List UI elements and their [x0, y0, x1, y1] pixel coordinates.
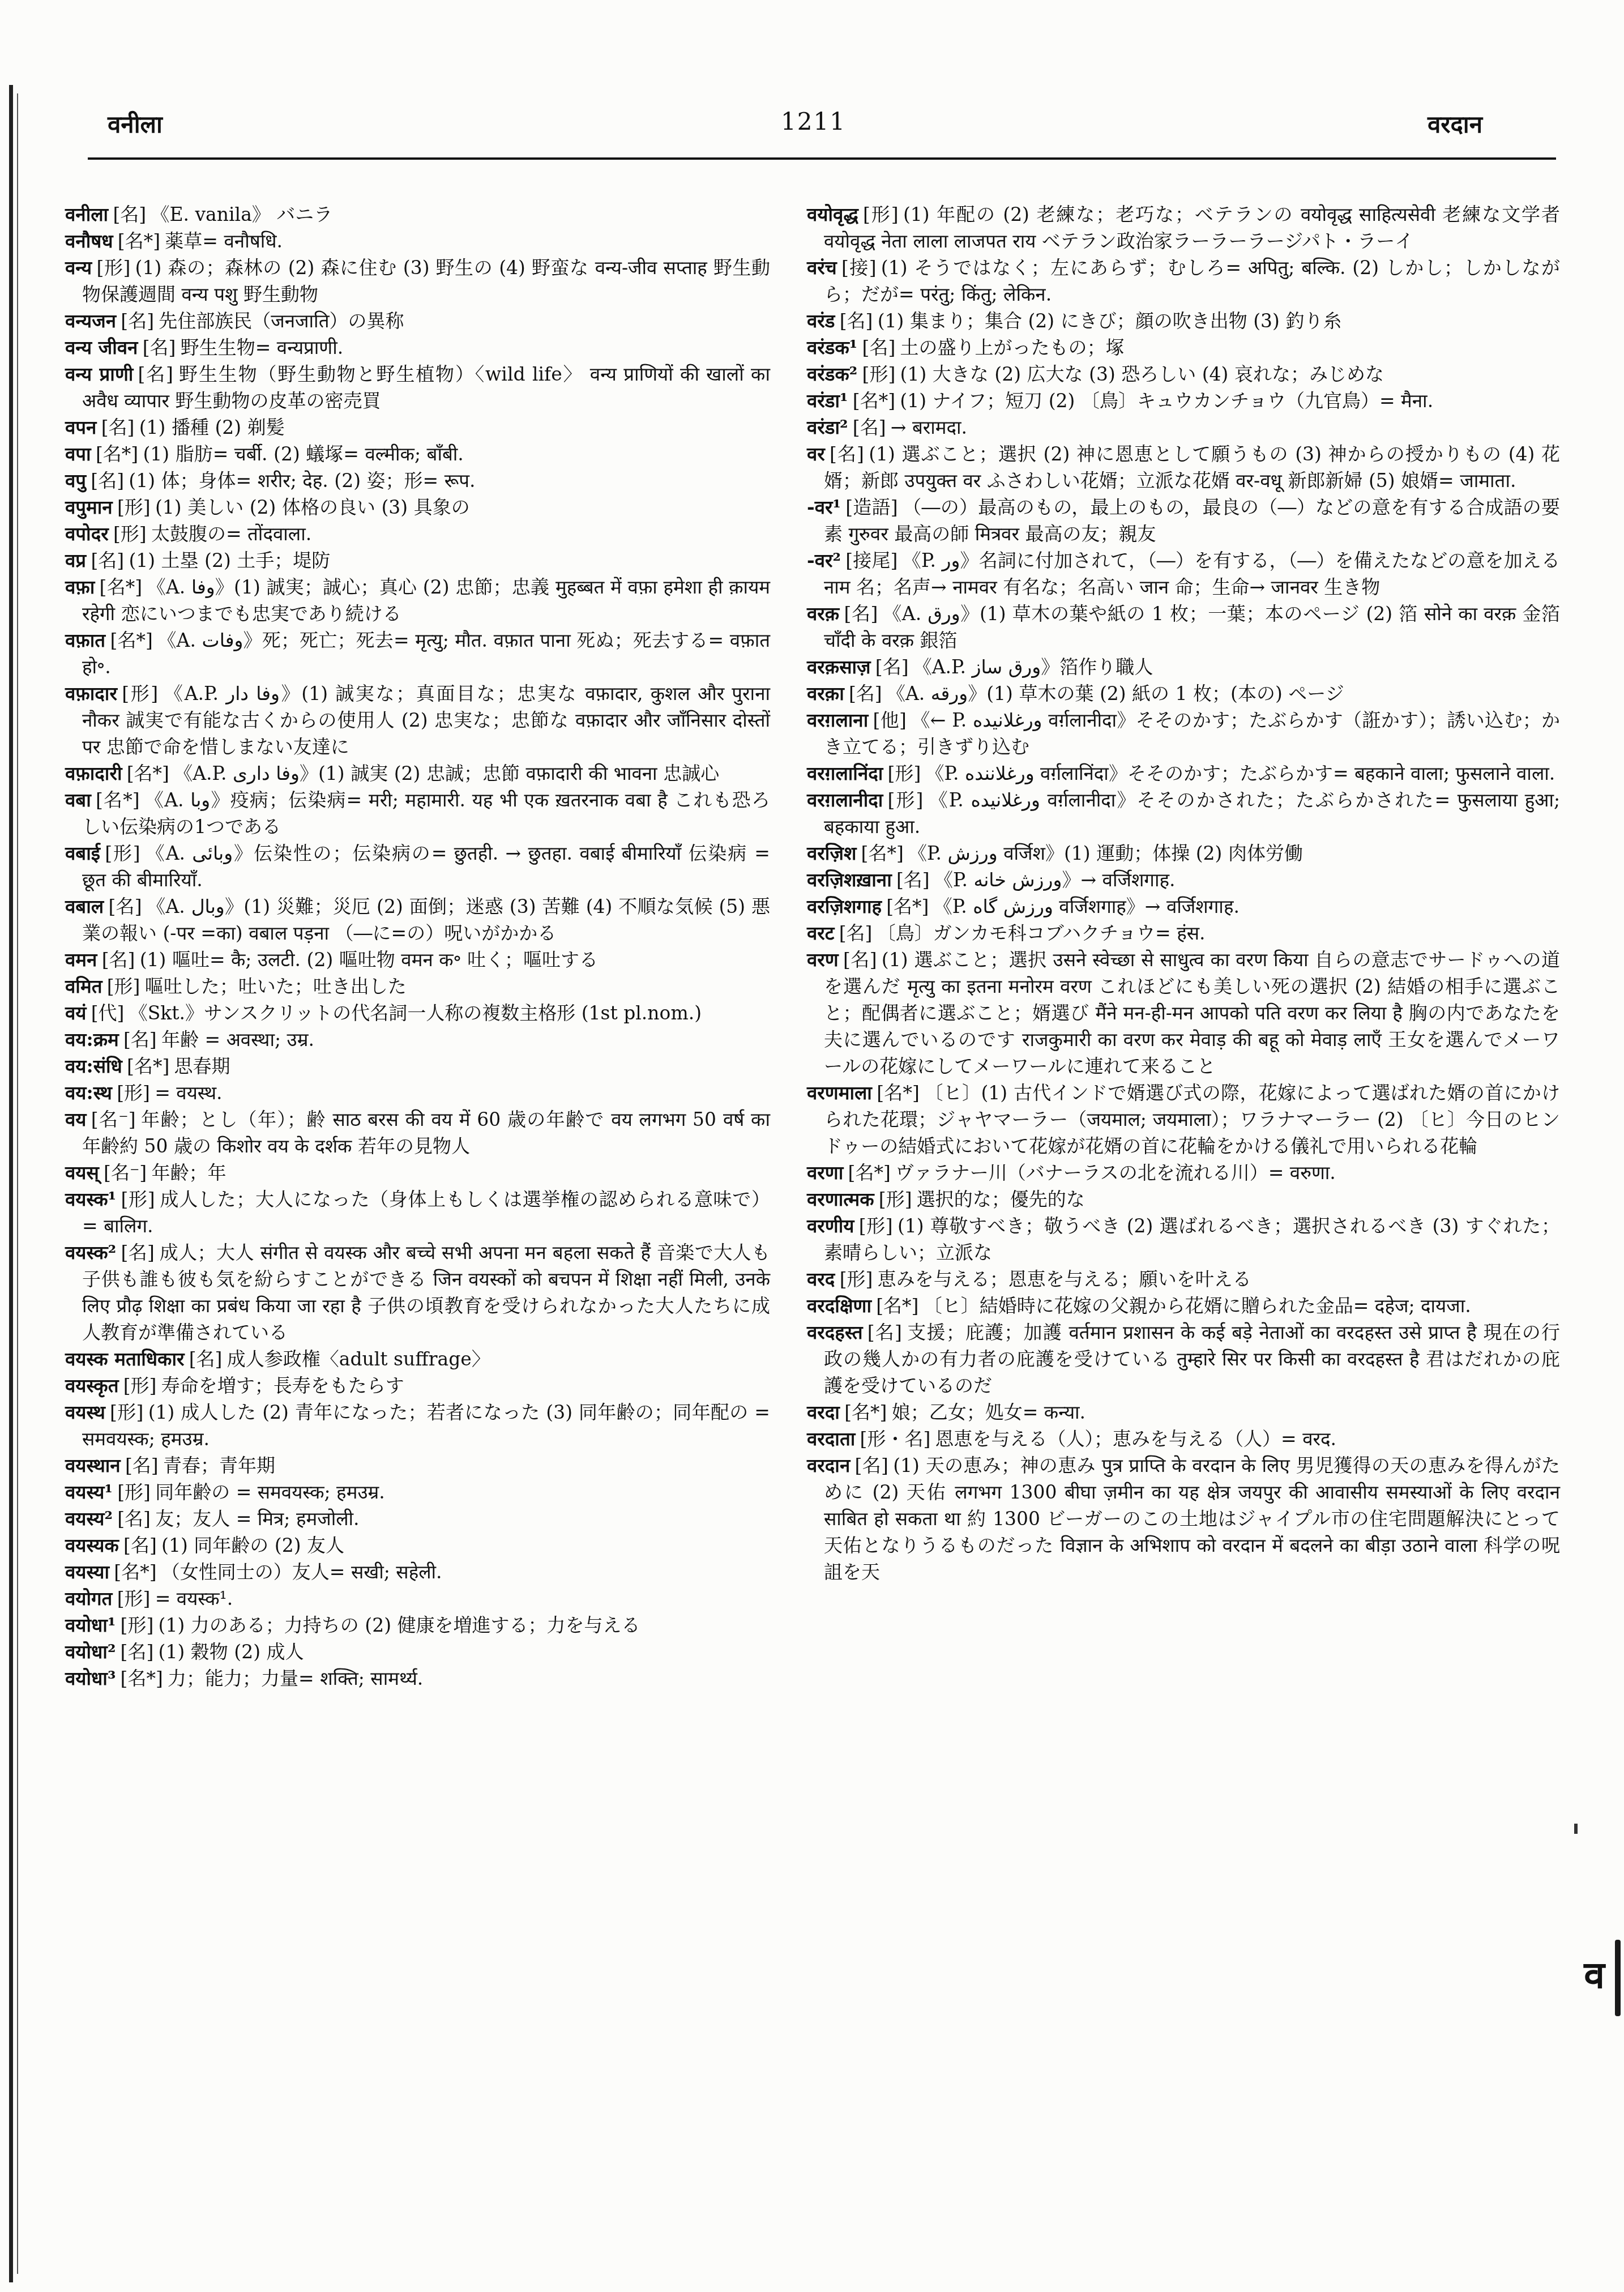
entry-pos-tag: [造語]: [845, 496, 898, 518]
dictionary-entry: वफ़ादारी [名*] 《A.P. وفا داری》(1) 誠実 (2) …: [65, 760, 770, 787]
entry-body: 支援；庇護；加護 वर्तमान प्रशासन के कई बड़े नेता…: [824, 1321, 1560, 1397]
entry-headword: वपु: [65, 470, 86, 492]
entry-headword: वरंच: [807, 257, 837, 279]
entry-body: 野生生物= वन्यप्राणी.: [181, 336, 344, 358]
entry-body: 土の盛り上がったもの；塚: [900, 336, 1125, 358]
entry-body: 成人；大人 संगीत से वयस्क और बच्चे सभी अपना म…: [82, 1241, 770, 1343]
dictionary-entry: वपन [名] (1) 播種 (2) 剃髪: [65, 414, 770, 441]
entry-headword: वफ़ा: [65, 576, 95, 598]
entry-pos-tag: [名]: [843, 949, 877, 971]
dictionary-entry: वन्य जीवन [名] 野生生物= वन्यप्राणी.: [65, 334, 770, 361]
dictionary-entry: वरज़िश [名*] 《P. ورزش वर्जिश》(1) 運動；体操 (2…: [807, 840, 1560, 867]
dictionary-entry: वयस्क मताधिकार [名] 成人参政権〈adult suffrage〉: [65, 1346, 770, 1372]
entry-headword: वयोगत: [65, 1587, 112, 1610]
entry-pos-tag: [形]: [113, 523, 147, 545]
entry-body: 《A.P. وفا دار》(1) 誠実な；真面目な；忠実な वफ़ादार, …: [82, 682, 770, 758]
entry-pos-tag: [名]: [91, 549, 124, 571]
entry-headword: वरदान: [807, 1454, 850, 1476]
entry-body: (1) 同年齢の (2) 友人: [161, 1534, 344, 1556]
entry-pos-tag: [形]: [117, 496, 151, 518]
entry-headword: वरणात्मक: [807, 1188, 874, 1210]
entry-headword: वयस्थ: [65, 1401, 105, 1423]
entry-body: 同年齢の = समवयस्क; हमउम्र.: [155, 1481, 385, 1503]
dictionary-entry: वयोधा¹ [形] (1) 力のある；力持ちの (2) 健康を増進する；力を与…: [65, 1612, 770, 1638]
entry-headword: वमित: [65, 975, 102, 997]
right-column: वयोवृद्ध [形] (1) 年配の (2) 老練な；老巧な；ベテランの व…: [807, 201, 1560, 1585]
entry-headword: वर: [807, 443, 825, 465]
entry-pos-tag: [形]: [888, 762, 921, 784]
dictionary-entry: वरग़लाना [他] 《← P. ورغلانیده वर्ग़लानीदा…: [807, 707, 1560, 760]
entry-body: 《A.P. ورق ساز》箔作り職人: [913, 656, 1153, 678]
dictionary-entry: वबा [名*] 《A. وبا》疫病；伝染病= मरी; महामारी. य…: [65, 787, 770, 840]
entry-headword: वयस्य¹: [65, 1481, 113, 1503]
entry-headword: वयोधा¹: [65, 1614, 116, 1636]
entry-body: 《P. ورغلانیده वर्ग़लानीदा》そそのかされた；たぶらかされ…: [824, 789, 1560, 838]
entry-pos-tag: [形・名]: [860, 1428, 931, 1450]
scan-edge-line-thin: [17, 93, 18, 2274]
entry-body: (1) 森の；森林の (2) 森に住む (3) 野生の (4) 野蛮な वन्य…: [82, 257, 770, 305]
dictionary-entry: वपोदर [形] 太鼓腹の= तोंदवाला.: [65, 520, 770, 547]
margin-thumb-tab: व: [1584, 1948, 1605, 1999]
entry-headword: वन्य जीवन: [65, 336, 138, 358]
dictionary-entry: वरज़िशगाह [名*] 《P. ورزش گاه वर्जिशगाह》→ …: [807, 893, 1560, 920]
entry-body: = वयस्क¹.: [155, 1587, 233, 1610]
entry-headword: वप्र: [65, 549, 86, 571]
entry-headword: वरदक्षिणा: [807, 1295, 871, 1317]
dictionary-entry: वयं [代] 《Skt.》サンスクリットの代名詞一人称の複数主格形 (1st …: [65, 1000, 770, 1026]
entry-pos-tag: [形]: [117, 1082, 150, 1104]
dictionary-entry: वबाल [名] 《A. وبال》(1) 災難；災厄 (2) 面倒；迷惑 (3…: [65, 893, 770, 946]
entry-pos-tag: [名*]: [886, 895, 929, 917]
dictionary-entry: वरंडा² [名] → बरामदा.: [807, 414, 1560, 441]
dictionary-entry: वप्र [名] (1) 土塁 (2) 土手；堤防: [65, 547, 770, 574]
entry-body: 《A. وبائی》伝染性の；伝染病の= छुतही. → छुतहा. वबा…: [82, 842, 770, 891]
entry-body: 成人した；大人になった（身体上もしくは選挙権の認められる意味で）= बालिग.: [82, 1188, 770, 1237]
entry-body: 寿命を増す；長寿をもたらす: [161, 1375, 404, 1397]
header-rule: [88, 157, 1556, 160]
entry-body: 力；能力；力量= शक्ति; सामर्थ्य.: [168, 1667, 423, 1689]
dictionary-entry: वरंडक² [形] (1) 大きな (2) 広大な (3) 恐ろしい (4) …: [807, 361, 1560, 387]
dictionary-entry: वरणात्मक [形] 選択的な；優先的な: [807, 1186, 1560, 1213]
entry-pos-tag: [名⁻]: [91, 1108, 136, 1130]
entry-pos-tag: [形]: [122, 682, 158, 705]
entry-body: 《E. vanila》 バニラ: [151, 203, 332, 225]
entry-body: 思春期: [174, 1055, 230, 1077]
entry-pos-tag: [名]: [123, 1534, 157, 1556]
dictionary-entry: वयस् [名⁻] 年齢；年: [65, 1159, 770, 1186]
dictionary-entry: वय:संधि [名*] 思春期: [65, 1053, 770, 1079]
entry-pos-tag: [名]: [853, 416, 886, 438]
entry-pos-tag: [名]: [189, 1348, 223, 1370]
entry-pos-tag: [形]: [121, 1188, 155, 1210]
dictionary-entry: वफ़ादार [形] 《A.P. وفا دار》(1) 誠実な；真面目な；忠…: [65, 680, 770, 760]
entry-body: 《A. ورقه》(1) 草木の葉 (2) 紙の 1 枚；(本の) ページ: [887, 682, 1344, 705]
entry-body: 〔鳥〕ガンカモ科コブハクチョウ= हंस.: [877, 922, 1206, 944]
entry-pos-tag: [形]: [862, 363, 896, 385]
entry-pos-tag: [名]: [830, 443, 864, 465]
dictionary-entry: वपु [名] (1) 体；身体= शरीर; देह. (2) 姿；形= रू…: [65, 467, 770, 494]
entry-headword: वपन: [65, 416, 96, 438]
entry-body: 《A. وبا》疫病；伝染病= मरी; महामारी. यह भी एक ख…: [82, 789, 770, 838]
dictionary-entry: वयस्य¹ [形] 同年齢の = समवयस्क; हमउम्र.: [65, 1479, 770, 1505]
entry-headword: वय:क्रम: [65, 1028, 119, 1051]
entry-body: 〔ヒ〕(1) 古代インドで婿選び式の際，花嫁によって選ばれた婿の首にかけられた花…: [824, 1082, 1560, 1157]
entry-headword: वरंडा²: [807, 416, 848, 438]
entry-headword: वन्य: [65, 257, 92, 279]
entry-body: (1) 穀物 (2) 成人: [159, 1641, 304, 1663]
page-header: वनीला 1211 वरदान: [65, 108, 1562, 147]
entry-headword: वरक़साज़: [807, 656, 871, 678]
entry-body: 《P. ورزش خانه》→ वर्जिशगाह.: [934, 869, 1176, 891]
entry-headword: वरणीय: [807, 1215, 854, 1237]
dictionary-entry: वयोवृद्ध [形] (1) 年配の (2) 老練な；老巧な；ベテランの व…: [807, 201, 1560, 254]
entry-headword: वरग़लाना: [807, 709, 868, 731]
dictionary-entry: वपा [名*] (1) 脂肪= चर्बी. (2) 蟻塚= वल्मीक; …: [65, 441, 770, 467]
dictionary-entry: वरक़ा [名] 《A. ورقه》(1) 草木の葉 (2) 紙の 1 枚；(…: [807, 680, 1560, 707]
dictionary-entry: वरज़िशख़ाना [名] 《P. ورزش خانه》→ वर्जिशगा…: [807, 867, 1560, 893]
dictionary-entry: वरंडक¹ [名] 土の盛り上がったもの；塚: [807, 334, 1560, 361]
entry-body: 年齢；年: [151, 1162, 226, 1184]
entry-body: 友；友人 = मित्र; हमजोली.: [155, 1508, 359, 1530]
entry-body: 年齢；とし（年）；齢 साठ बरस की वय में 60 歳の年齢で वय…: [82, 1108, 770, 1157]
entry-body: 年齢 = अवस्था; उम्र.: [161, 1028, 314, 1051]
entry-headword: -वर²: [807, 549, 841, 571]
entry-pos-tag: [名]: [844, 603, 878, 625]
entry-headword: वरंडक²: [807, 363, 857, 385]
dictionary-entry: वफ़ा [名*] 《A. وفا》(1) 誠実；誠心；真心 (2) 忠節；忠義…: [65, 574, 770, 627]
entry-body: 《P. ورزش گاه वर्जिशगाह》→ वर्जिशगाह.: [934, 895, 1240, 917]
entry-headword: वरद: [807, 1268, 835, 1290]
entry-headword: वपा: [65, 443, 91, 465]
entry-headword: वयस्य²: [65, 1508, 113, 1530]
dictionary-entry: वरंच [接] (1) そうではなく；左にあらず；むしろ= अपितु; बल…: [807, 254, 1560, 308]
entry-headword: वपोदर: [65, 523, 109, 545]
entry-body: 《A.P. وفا داری》(1) 誠実 (2) 忠誠；忠節 वफ़ादारी…: [174, 762, 719, 784]
entry-pos-tag: [形]: [121, 1614, 154, 1636]
dictionary-entry: वरंड [名] (1) 集まり；集合 (2) にきび；顔の吹き出物 (3) 釣…: [807, 308, 1560, 334]
scan-speck: [1574, 1824, 1578, 1834]
entry-pos-tag: [形]: [107, 975, 140, 997]
entry-body: (1) 集まり；集合 (2) にきび；顔の吹き出物 (3) 釣り糸: [878, 310, 1342, 332]
dictionary-entry: वयस्थ [形] (1) 成人した (2) 青年になった；若者になった (3)…: [65, 1399, 770, 1452]
entry-pos-tag: [名*]: [110, 629, 153, 651]
entry-pos-tag: [名*]: [96, 789, 140, 811]
entry-pos-tag: [名*]: [100, 576, 143, 598]
entry-headword: वरज़िश: [807, 842, 856, 864]
entry-pos-tag: [名]: [840, 310, 873, 332]
dictionary-entry: वरंडा¹ [名*] (1) ナイフ；短刀 (2) 〔鳥〕キュウカンチョウ（九…: [807, 387, 1560, 414]
entry-headword: वय:संधि: [65, 1055, 122, 1077]
dictionary-entry: -वर² [接尾] 《P. ور》名詞に付加されて，（―）を有する，（―）を備え…: [807, 547, 1560, 600]
dictionary-entry: वयस्या [名*] （女性同士の）友人= सखी; सहेली.: [65, 1559, 770, 1585]
entry-pos-tag: [形]: [117, 1587, 151, 1610]
entry-body: (1) 大きな (2) 広大な (3) 恐ろしい (4) 哀れな；みじめな: [900, 363, 1384, 385]
entry-pos-tag: [接]: [841, 257, 877, 279]
entry-headword: वरज़िशख़ाना: [807, 869, 892, 891]
entry-headword: वरंड: [807, 310, 835, 332]
entry-body: (1) 年配の (2) 老練な；老巧な；ベテランの वयोवृद्ध साहित…: [824, 203, 1560, 252]
dictionary-entry: वरदाता [形・名] 恩恵を与える（人）；恵みを与える（人）= वरद.: [807, 1425, 1560, 1452]
entry-body: 《P. ورغلاننده वर्ग़लानिंदा》そそのかす；たぶらかす= …: [926, 762, 1555, 784]
entry-headword: वयस्कृत: [65, 1375, 118, 1397]
entry-pos-tag: [名*]: [844, 1401, 887, 1423]
dictionary-entry: वरदान [名] (1) 天の恵み；神の恵み पुत्र प्राप्ति क…: [807, 1452, 1560, 1585]
entry-pos-tag: [名]: [143, 336, 176, 358]
entry-body: 青春；青年期: [163, 1454, 275, 1476]
entry-body: （―の）最高のもの，最上のもの，最良の（―）などの意を有する合成語の要素 गुर…: [824, 496, 1560, 545]
entry-pos-tag: [代]: [91, 1002, 125, 1024]
dictionary-entry: वरक़ [名] 《A. ورق》(1) 草木の葉や紙の 1 枚；一葉；本のペー…: [807, 600, 1560, 654]
entry-headword: वरणमाला: [807, 1082, 872, 1104]
scan-edge-line: [9, 85, 13, 2282]
entry-pos-tag: [名]: [102, 949, 135, 971]
dictionary-entry: वमन [名] (1) 嘔吐= कै; उलटी. (2) 嘔吐物 वमन क॰…: [65, 946, 770, 973]
dictionary-entry: वरदा [名*] 娘；乙女；処女= कन्या.: [807, 1399, 1560, 1425]
entry-pos-tag: [名]: [121, 310, 154, 332]
entry-pos-tag: [名*]: [876, 1295, 918, 1317]
entry-headword: वयस्थान: [65, 1454, 121, 1476]
entry-headword: वरट: [807, 922, 834, 944]
entry-body: ヴァラナー川（バナーラスの北を流れる川）= वरुणा.: [895, 1162, 1336, 1184]
dictionary-entry: वय:क्रम [名] 年齢 = अवस्था; उम्र.: [65, 1026, 770, 1053]
entry-pos-tag: [名]: [108, 895, 142, 917]
dictionary-entry: वयस्य² [名] 友；友人 = मित्र; हमजोली.: [65, 1505, 770, 1532]
entry-body: (1) 力のある；力持ちの (2) 健康を増進する；力を与える: [159, 1614, 640, 1636]
entry-headword: वयं: [65, 1002, 87, 1024]
entry-pos-tag: [名]: [849, 682, 882, 705]
entry-body: (1) 土塁 (2) 土手；堤防: [129, 549, 330, 571]
entry-headword: वयस्क²: [65, 1241, 116, 1264]
entry-headword: वयोधा³: [65, 1667, 116, 1689]
entry-pos-tag: [形]: [105, 842, 140, 864]
entry-pos-tag: [形]: [840, 1268, 873, 1290]
dictionary-entry: वरट [名] 〔鳥〕ガンカモ科コブハクチョウ= हंस.: [807, 920, 1560, 946]
entry-pos-tag: [名]: [91, 470, 124, 492]
dictionary-entry: वपुमान [形] (1) 美しい (2) 体格の良い (3) 具象の: [65, 494, 770, 520]
entry-headword: वयस्: [65, 1162, 99, 1184]
entry-pos-tag: [名*]: [96, 443, 138, 465]
entry-headword: वरग़लानीदा: [807, 789, 883, 811]
entry-headword: वन्य प्राणी: [65, 363, 133, 385]
entry-pos-tag: [名]: [113, 203, 146, 225]
dictionary-entry: -वर¹ [造語] （―の）最高のもの，最上のもの，最良の（―）などの意を有する…: [807, 494, 1560, 547]
entry-pos-tag: [名]: [117, 1508, 151, 1530]
entry-pos-tag: [名]: [121, 1641, 154, 1663]
entry-body: (1) 選ぶこと；選択 उसने स्वेच्छा से साधुत्व का …: [824, 949, 1560, 1077]
dictionary-entry: वर [名] (1) 選ぶこと；選択 (2) 神に恩恵として願うもの (3) 神…: [807, 441, 1560, 494]
entry-body: 《P. ور》名詞に付加されて，（―）を有する，（―）を備えたなどの意を加える …: [824, 549, 1560, 598]
entry-headword: वय: [65, 1108, 87, 1130]
entry-body: 娘；乙女；処女= कन्या.: [892, 1401, 1085, 1423]
dictionary-entry: वरद [形] 恵みを与える；恩恵を与える；願いを叶える: [807, 1266, 1560, 1292]
entry-pos-tag: [形]: [863, 203, 899, 225]
entry-body: 野生生物（野生動物と野生植物）〈wild life〉 वन्य प्राणियो…: [82, 363, 770, 412]
entry-body: 《P. ورزش वर्जिश》(1) 運動；体操 (2) 肉体労働: [908, 842, 1303, 864]
entry-headword: वयस्यक: [65, 1534, 119, 1556]
entry-headword: वरक़: [807, 603, 839, 625]
entry-body: (1) 尊敬すべき；敬うべき (2) 選ばれるべき；選択されるべき (3) すぐ…: [824, 1215, 1560, 1264]
entry-body: 薬草= वनौषधि.: [165, 230, 283, 252]
dictionary-entry: वय:स्थ [形] = वयस्थ.: [65, 1079, 770, 1106]
entry-body: = वयस्थ.: [155, 1082, 222, 1104]
dictionary-entry: वरणमाला [名*] 〔ヒ〕(1) 古代インドで婿選び式の際，花嫁によって選…: [807, 1079, 1560, 1159]
page-number: 1211: [65, 108, 1562, 135]
dictionary-entry: वफ़ात [名*] 《A. وفات》死；死亡；死去= मृत्यु; मौत…: [65, 627, 770, 680]
dictionary-entry: वयस्यक [名] (1) 同年齢の (2) 友人: [65, 1532, 770, 1559]
entry-pos-tag: [名*]: [127, 1055, 169, 1077]
entry-pos-tag: [名*]: [848, 1162, 891, 1184]
entry-body: (1) 嘔吐= कै; उलटी. (2) 嘔吐物 वमन क॰ 吐く；嘔吐する: [140, 949, 598, 971]
dictionary-entry: वन्यजन [名] 先住部族民（जनजाति）の異称: [65, 308, 770, 334]
entry-body: (1) 選ぶこと；選択 (2) 神に恩恵として願うもの (3) 神からの授かりも…: [824, 443, 1560, 492]
entry-headword: वरक़ा: [807, 682, 844, 705]
entry-body: (1) ナイフ；短刀 (2) 〔鳥〕キュウカンチョウ（九官鳥）= मैना.: [900, 390, 1433, 412]
entry-body: 恩恵を与える（人）；恵みを与える（人）= वरद.: [935, 1428, 1337, 1450]
entry-headword: वफ़ात: [65, 629, 105, 651]
dictionary-entry: वरग़लानिंदा [形] 《P. ورغلاننده वर्ग़लानिं…: [807, 760, 1560, 787]
entry-headword: वयोधा²: [65, 1641, 116, 1663]
entry-body: 嘔吐した；吐いた；吐き出した: [145, 975, 407, 997]
entry-headword: वरंडा¹: [807, 390, 848, 412]
dictionary-entry: वमित [形] 嘔吐した；吐いた；吐き出した: [65, 973, 770, 1000]
entry-headword: वनौषध: [65, 230, 113, 252]
dictionary-entry: वयोगत [形] = वयस्क¹.: [65, 1585, 770, 1612]
entry-headword: वयस्क मताधिकार: [65, 1348, 184, 1370]
dictionary-entry: वयस्क² [名] 成人；大人 संगीत से वयस्क और बच्चे…: [65, 1239, 770, 1346]
entry-pos-tag: [名]: [867, 1321, 902, 1343]
entry-headword: वनीला: [65, 203, 108, 225]
entry-body: (1) 脂肪= चर्बी. (2) 蟻塚= वल्मीक; बाँबी.: [143, 443, 463, 465]
entry-pos-tag: [形]: [879, 1188, 912, 1210]
entry-pos-tag: [形]: [110, 1401, 143, 1423]
dictionary-entry: वरदक्षिणा [名*] 〔ヒ〕結婚時に花嫁の父親から花婿に贈られた金品= …: [807, 1292, 1560, 1319]
entry-headword: वरग़लानिंदा: [807, 762, 883, 784]
entry-headword: वरज़िशगाह: [807, 895, 882, 917]
entry-body: 《Skt.》サンスクリットの代名詞一人称の複数主格形 (1st pl.nom.): [129, 1002, 702, 1024]
entry-body: 〔ヒ〕結婚時に花嫁の父親から花婿に贈られた金品= दहेज; दायजा.: [924, 1295, 1471, 1317]
entry-body: (1) 成人した (2) 青年になった；若者になった (3) 同年齢の；同年配の…: [82, 1401, 770, 1450]
entry-headword: वरदा: [807, 1401, 840, 1423]
entry-headword: वयोवृद्ध: [807, 203, 858, 225]
entry-body: 太鼓腹の= तोंदवाला.: [151, 523, 311, 545]
dictionary-entry: वयस्क¹ [形] 成人した；大人になった（身体上もしくは選挙権の認められる意…: [65, 1186, 770, 1239]
entry-pos-tag: [名]: [125, 1454, 159, 1476]
entry-pos-tag: [名]: [862, 336, 896, 358]
entry-headword: वरदहस्त: [807, 1321, 863, 1343]
dictionary-entry: वय [名⁻] 年齢；とし（年）；齢 साठ बरस की वय में 60 …: [65, 1106, 770, 1159]
entry-body: (1) 天の恵み；神の恵み पुत्र प्राप्ति के वरदान के…: [824, 1454, 1560, 1583]
dictionary-entry: वरणीय [形] (1) 尊敬すべき；敬うべき (2) 選ばれるべき；選択され…: [807, 1213, 1560, 1266]
entry-headword: वरण: [807, 949, 839, 971]
entry-headword: वमन: [65, 949, 97, 971]
entry-pos-tag: [他]: [873, 709, 906, 731]
entry-pos-tag: [名*]: [861, 842, 904, 864]
dictionary-entry: वरग़लानीदा [形] 《P. ورغلانیده वर्ग़लानीदा…: [807, 787, 1560, 840]
entry-headword: वयस्या: [65, 1561, 109, 1583]
dictionary-entry: वरणा [名*] ヴァラナー川（バナーラスの北を流れる川）= वरुणा.: [807, 1159, 1560, 1186]
entry-pos-tag: [形]: [117, 1481, 151, 1503]
entry-pos-tag: [接尾]: [845, 549, 898, 571]
dictionary-entry: वयोधा² [名] (1) 穀物 (2) 成人: [65, 1638, 770, 1665]
entry-headword: वबाई: [65, 842, 100, 864]
dictionary-entry: वरदहस्त [名] 支援；庇護；加護 वर्तमान प्रशासन के …: [807, 1319, 1560, 1399]
entry-pos-tag: [名⁻]: [104, 1162, 147, 1184]
entry-pos-tag: [名]: [875, 656, 909, 678]
entry-headword: वबा: [65, 789, 91, 811]
entry-body: 《A. وفا》(1) 誠実；誠心；真心 (2) 忠節；忠義 मुहब्बत म…: [82, 576, 770, 625]
dictionary-entry: वन्य प्राणी [名] 野生生物（野生動物と野生植物）〈wild lif…: [65, 361, 770, 414]
entry-headword: वन्यजन: [65, 310, 116, 332]
entry-pos-tag: [形]: [96, 257, 130, 279]
entry-headword: वफ़ादार: [65, 682, 117, 705]
entry-pos-tag: [名]: [854, 1454, 888, 1476]
entry-headword: वय:स्थ: [65, 1082, 112, 1104]
entry-body: （女性同士の）友人= सखी; सहेली.: [161, 1561, 442, 1583]
entry-pos-tag: [名*]: [114, 1561, 156, 1583]
entry-body: 成人参政権〈adult suffrage〉: [227, 1348, 490, 1370]
entry-body: (1) 体；身体= शरीर; देह. (2) 姿；形= रूप.: [129, 470, 475, 492]
dictionary-entry: वन्य [形] (1) 森の；森林の (2) 森に住む (3) 野生の (4)…: [65, 254, 770, 308]
entry-pos-tag: [形]: [888, 789, 924, 811]
entry-body: 《A. وفات》死；死亡；死去= मृत्यु; मौत. वफ़ात पान…: [82, 629, 770, 678]
entry-headword: वरंडक¹: [807, 336, 857, 358]
entry-headword: वरणा: [807, 1162, 843, 1184]
entry-body: (1) 美しい (2) 体格の良い (3) 具象の: [155, 496, 470, 518]
entry-headword: वफ़ादारी: [65, 762, 122, 784]
entry-body: 《A. ورق》(1) 草木の葉や紙の 1 枚；一葉；本のページ (2) 箔 स…: [824, 603, 1560, 651]
dictionary-entry: वयोधा³ [名*] 力；能力；力量= शक्ति; सामर्थ्य.: [65, 1665, 770, 1692]
entry-pos-tag: [名]: [121, 1241, 155, 1264]
entry-pos-tag: [形]: [859, 1215, 893, 1237]
entry-body: 恵みを与える；恩恵を与える；願いを叶える: [878, 1268, 1251, 1290]
left-column: वनीला [名] 《E. vanila》 バニラ वनौषध [名*] 薬草=…: [65, 201, 770, 1692]
entry-body: (1) 播種 (2) 剃髪: [139, 416, 285, 438]
entry-body: (1) そうではなく；左にあらず；むしろ= अपितु; बल्कि. (2) …: [824, 257, 1560, 305]
entry-pos-tag: [名*]: [118, 230, 160, 252]
entry-pos-tag: [名]: [123, 1028, 157, 1051]
entry-headword: वरदाता: [807, 1428, 855, 1450]
entry-pos-tag: [名]: [896, 869, 930, 891]
dictionary-entry: वयस्कृत [形] 寿命を増す；長寿をもたらす: [65, 1372, 770, 1399]
entry-pos-tag: [名]: [138, 363, 173, 385]
entry-pos-tag: [形]: [123, 1375, 157, 1397]
dictionary-entry: वबाई [形] 《A. وبائی》伝染性の；伝染病の= छुतही. → छ…: [65, 840, 770, 893]
entry-pos-tag: [名]: [839, 922, 873, 944]
header-right-guideword: वरदान: [1428, 108, 1482, 140]
dictionary-entry: वनौषध [名*] 薬草= वनौषधि.: [65, 228, 770, 254]
dictionary-entry: वरक़साज़ [名] 《A.P. ورق ساز》箔作り職人: [807, 654, 1560, 680]
entry-headword: -वर¹: [807, 496, 841, 518]
dictionary-entry: वयस्थान [名] 青春；青年期: [65, 1452, 770, 1479]
entry-body: 先住部族民（जनजाति）の異称: [159, 310, 404, 332]
entry-body: 《← P. ورغلانیده वर्ग़लानीदा》そそのかす；たぶらかす（…: [824, 709, 1560, 758]
entry-headword: वयस्क¹: [65, 1188, 116, 1210]
entry-pos-tag: [名*]: [121, 1667, 163, 1689]
entry-headword: वबाल: [65, 895, 104, 917]
entry-pos-tag: [名]: [101, 416, 135, 438]
entry-pos-tag: [名*]: [853, 390, 895, 412]
entry-body: 《A. وبال》(1) 災難；災厄 (2) 面倒；迷惑 (3) 苦難 (4) …: [82, 895, 770, 944]
entry-headword: वपुमान: [65, 496, 113, 518]
dictionary-entry: वनीला [名] 《E. vanila》 バニラ: [65, 201, 770, 228]
entry-pos-tag: [名*]: [127, 762, 169, 784]
entry-body: 選択的な；優先的な: [917, 1188, 1085, 1210]
entry-body: → बरामदा.: [891, 416, 967, 438]
dictionary-entry: वरण [名] (1) 選ぶこと；選択 उसने स्वेच्छा से साध…: [807, 946, 1560, 1079]
margin-thumb-bar: [1615, 1940, 1621, 2016]
entry-pos-tag: [名*]: [877, 1082, 920, 1104]
